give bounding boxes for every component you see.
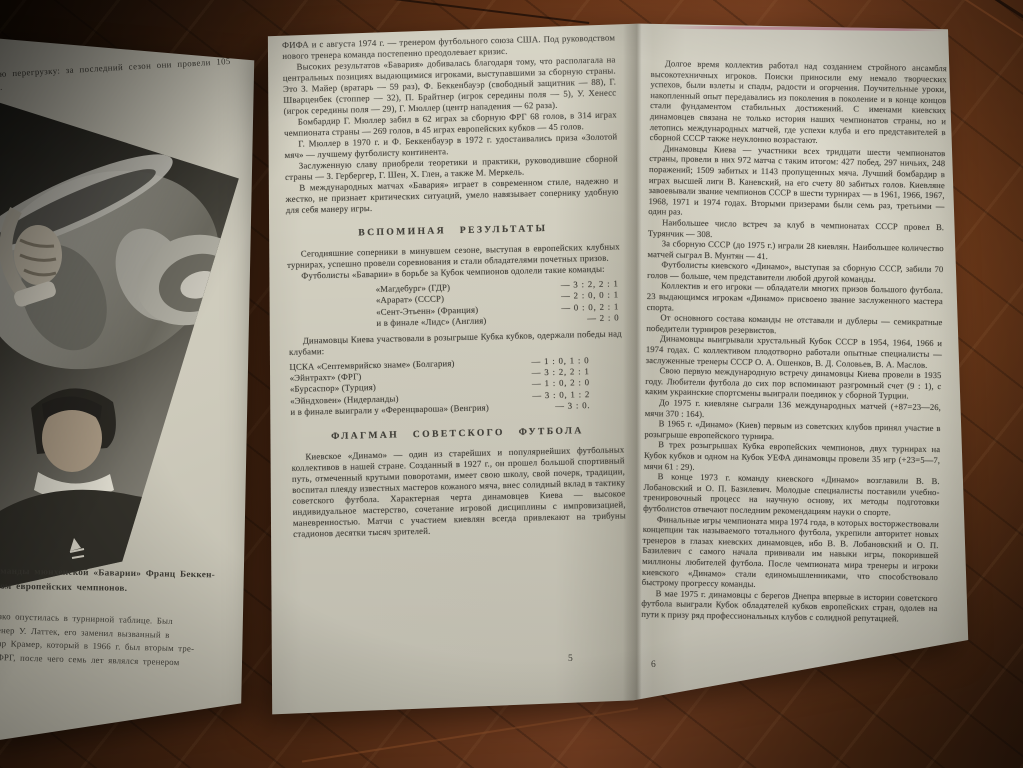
page-5: ФИФА и с августа 1974 г. — тренером футб… xyxy=(282,32,626,539)
paragraph: В международных матчах «Бавария» играет … xyxy=(285,175,619,216)
left-sheet-bottom-fragment: низко опустилась в турнирной таблице. Бы… xyxy=(0,610,289,673)
paragraph: Киевское «Динамо» — один из старейших и … xyxy=(291,444,626,540)
match-score: — 2 : 0 xyxy=(587,313,620,325)
paragraph: Коллектив и его игроки — обладатели мног… xyxy=(647,280,944,317)
bavaria-results-table: «Магдебург» (ГДР) — 3 : 2, 2 : 1 «Арарат… xyxy=(376,278,620,329)
paragraph: Долгое время коллектив работал над созда… xyxy=(650,58,947,148)
paragraph: Финальные игры чемпионата мира 1974 года… xyxy=(642,513,939,592)
paragraph: Высоких результатов «Бавария» добивалась… xyxy=(282,54,616,117)
paragraph: Динамовцы Киева участвовали в розыгрыше … xyxy=(289,328,622,358)
club-name: и в финале «Лидс» (Англия) xyxy=(376,316,486,330)
paragraph: В трех розыгрышах Кубка европейских чемп… xyxy=(644,439,941,476)
paragraph: Динамовцы выигрывали хрустальный Кубок С… xyxy=(646,333,943,370)
dynamo-results-table: ЦСКА «Септемврийско знаме» (Болгария) — … xyxy=(289,355,590,419)
spread-paper: ФИФА и с августа 1974 г. — тренером футб… xyxy=(252,18,974,720)
left-sheet-top-fragment: ную перегрузку: за последний сезон они п… xyxy=(0,52,290,95)
section-heading-flagman: ФЛАГМАН СОВЕТСКОГО ФУТБОЛА xyxy=(291,424,624,443)
left-sheet: ную перегрузку: за последний сезон они п… xyxy=(0,26,276,742)
page-6: Долгое время коллектив работал над созда… xyxy=(641,58,947,625)
paragraph: Динамовцы Киева — участники всех тридцат… xyxy=(648,143,945,222)
left-sheet-paper: ную перегрузку: за последний сезон они п… xyxy=(0,26,276,742)
paragraph: В мае 1975 г. динамовцы с берегов Днепра… xyxy=(641,588,938,625)
section-heading-results: ВСПОМИНАЯ РЕЗУЛЬТАТЫ xyxy=(286,221,619,240)
page-number-5: 5 xyxy=(568,654,573,664)
paragraph: Свою первую международную встречу динамо… xyxy=(645,365,942,402)
match-score: — 3 : 0. xyxy=(555,400,590,412)
paragraph: В конце 1973 г. команду киевского «Динам… xyxy=(643,471,940,519)
photo-caption: команды мюнхенской «Баварии» Франц Бекке… xyxy=(0,563,280,598)
page-number-6: 6 xyxy=(651,660,656,670)
open-programme-spread: ФИФА и с августа 1974 г. — тренером футб… xyxy=(252,18,974,720)
red-page-edge-mark xyxy=(664,26,946,31)
